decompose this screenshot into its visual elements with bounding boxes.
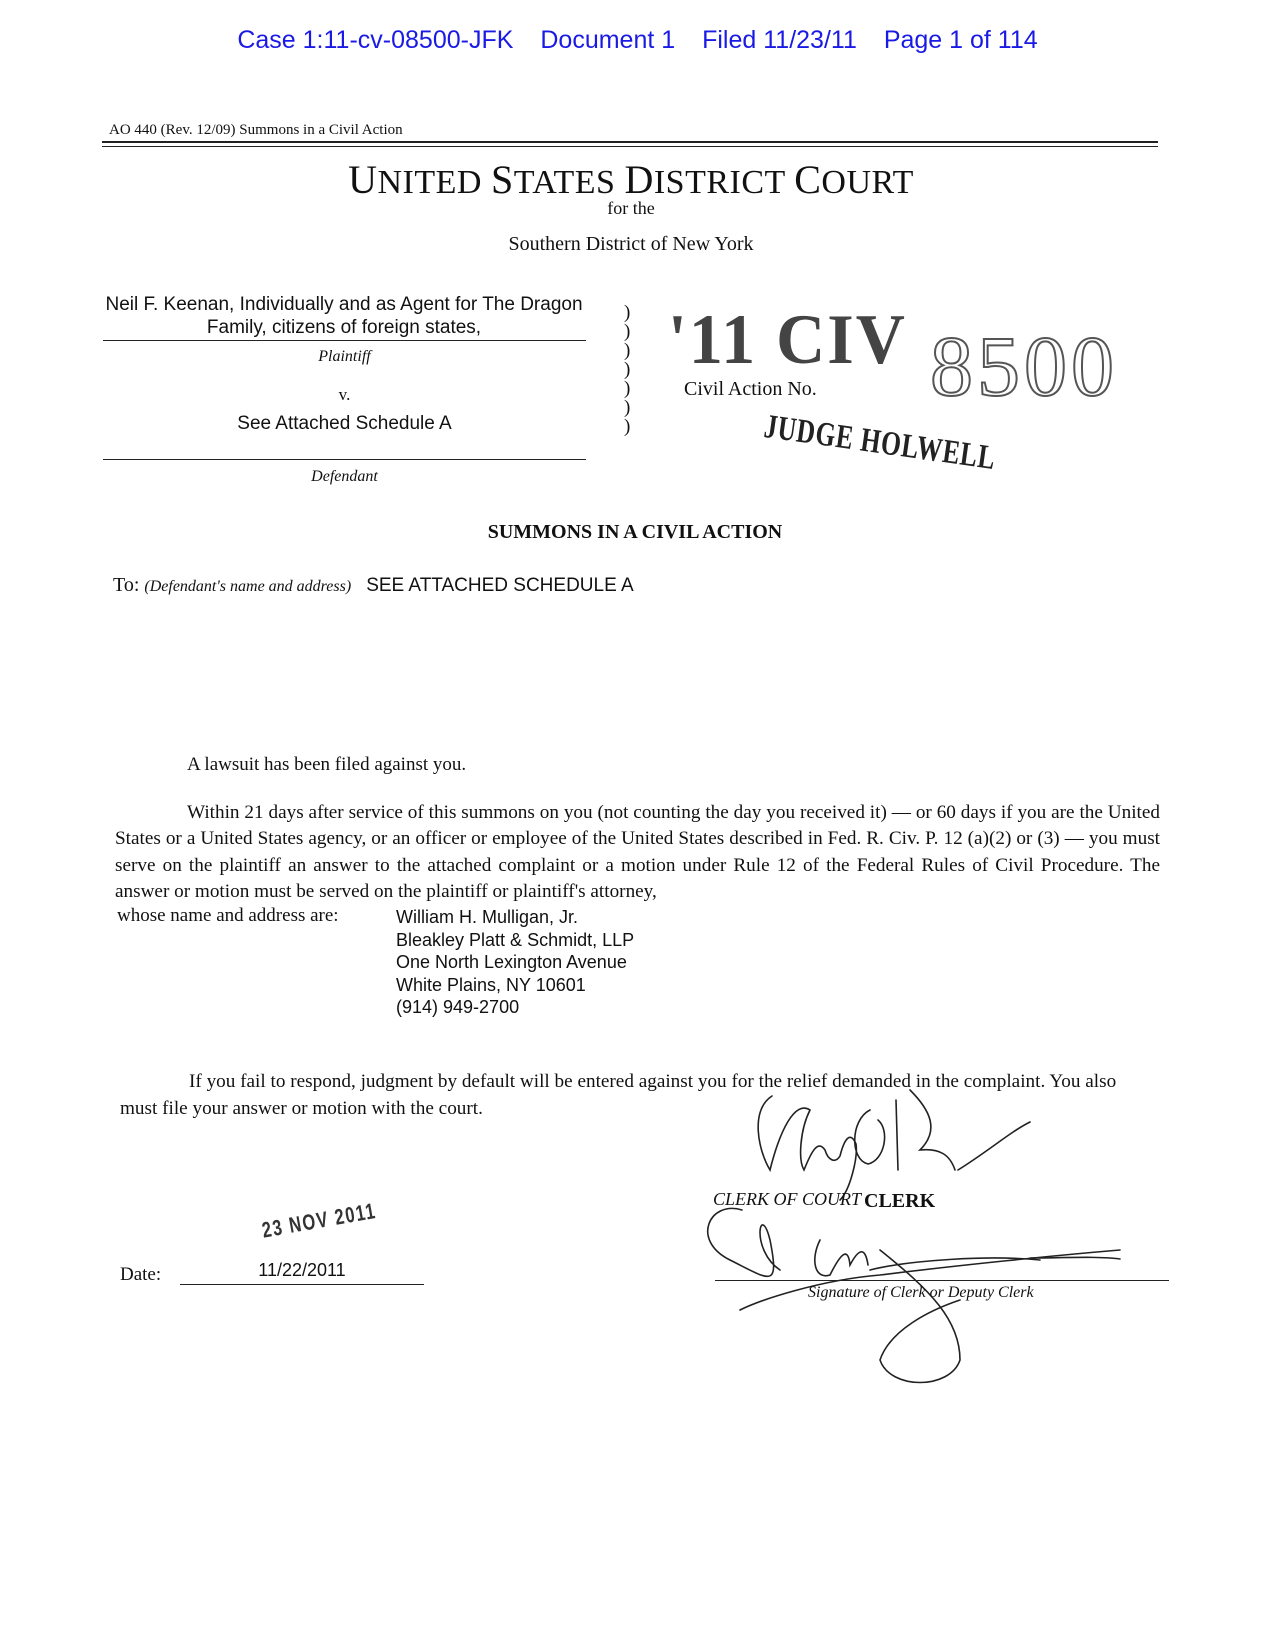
caption-parentheses: ) ) ) ) ) ) ) [624,303,630,436]
to-value: SEE ATTACHED SCHEDULE A [366,575,633,596]
date-stamp: 23 NOV 2011 [260,1198,378,1244]
date-label: Date: [120,1264,161,1286]
civ-number-stamp: 8500 [930,316,1118,416]
attorney-street: One North Lexington Avenue [396,951,634,974]
clerk-of-court-label: CLERK OF COURT [713,1189,861,1210]
header-rule [102,146,1158,147]
address-label: whose name and address are: [117,905,339,927]
for-the: for the [0,198,1262,219]
plaintiff-name: Neil F. Keenan, Individually and as Agen… [103,293,585,339]
civil-action-label: Civil Action No. [684,378,817,401]
document-number: Document 1 [540,26,675,54]
filed-date: Filed 11/23/11 [702,26,857,54]
signature-line [715,1280,1169,1281]
header-rule [102,141,1158,143]
attorney-firm: Bleakley Platt & Schmidt, LLP [396,929,634,952]
versus: v. [103,385,586,405]
form-identifier: AO 440 (Rev. 12/09) Summons in a Civil A… [109,122,403,139]
date-value: 11/22/2011 [180,1260,424,1281]
case-number: Case 1:11-cv-08500-JFK [237,26,513,54]
clerk-stamp: CLERK [864,1190,935,1213]
civ-stamp: '11 CIV [668,298,907,381]
response-instructions: Within 21 days after service of this sum… [115,800,1160,905]
to-label: To: [113,574,139,596]
plaintiff-rule [103,340,586,341]
signature-label: Signature of Clerk or Deputy Clerk [808,1284,1034,1302]
lawsuit-notice: A lawsuit has been filed against you. [187,754,466,776]
attorney-phone: (914) 949-2700 [396,996,634,1019]
handwritten-signatures [700,1060,1180,1390]
defendant-label: Defendant [103,468,586,486]
attorney-address: William H. Mulligan, Jr. Bleakley Platt … [396,906,634,1019]
to-hint: (Defendant's name and address) [144,578,351,595]
defendant-rule [103,459,586,460]
court-title: UNITED STATES DISTRICT COURT [0,156,1262,203]
attorney-name: William H. Mulligan, Jr. [396,906,634,929]
district-name: Southern District of New York [0,233,1262,256]
summons-title: SUMMONS IN A CIVIL ACTION [0,521,1270,544]
defendant-name: See Attached Schedule A [103,413,586,435]
filing-header: Case 1:11-cv-08500-JFK Document 1 Filed … [0,26,1275,55]
date-line [180,1284,424,1285]
attorney-city: White Plains, NY 10601 [396,974,634,997]
page-count: Page 1 of 114 [884,26,1038,54]
plaintiff-label: Plaintiff [103,348,586,366]
judge-stamp: JUDGE HOLWELL [762,408,998,478]
to-line: To: (Defendant's name and address) SEE A… [113,574,634,597]
